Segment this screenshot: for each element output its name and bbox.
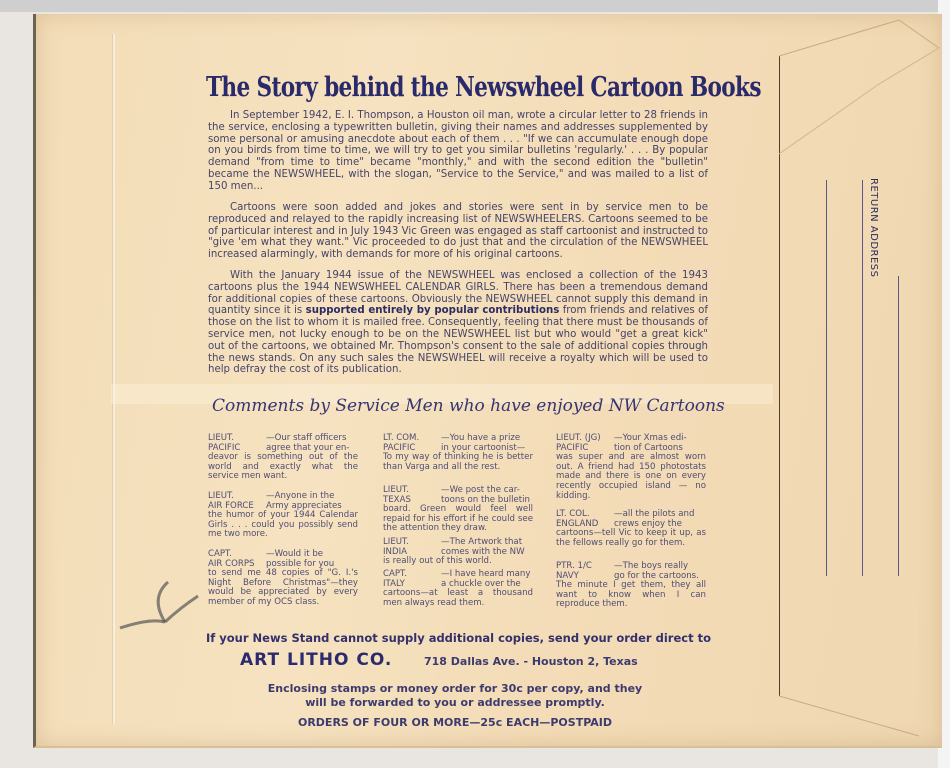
comment-body: deavor is something out of the world and…	[208, 453, 358, 482]
comment-body: the humor of your 1944 Calendar Girls . …	[208, 511, 358, 540]
comment-body: is really out of this world.	[383, 557, 533, 567]
bulk-order-offer: ORDERS OF FOUR OR MORE—25c EACH—POSTPAID	[230, 716, 680, 729]
address-line-1	[826, 180, 827, 576]
comment-body: cartoons—at least a thousand men always …	[383, 589, 533, 608]
comment-item: LT. COL.—all the pilots andENGLANDcrews …	[556, 510, 706, 548]
comment-item: LIEUT.—The Artwork thatINDIAcomes with t…	[383, 538, 533, 567]
comment-body: to send me 48 copies of "G. I.'s Night B…	[208, 569, 358, 607]
comment-item: CAPT.—Would it beAIR CORPSpossible for y…	[208, 550, 358, 608]
order-instruction: If your News Stand cannot supply additio…	[206, 631, 706, 645]
comment-item: CAPT.—I have heard manyITALYa chuckle ov…	[383, 570, 533, 608]
payment-line-2: will be forwarded to you or addressee pr…	[230, 696, 680, 710]
paragraph-2-text: Cartoons were soon added and jokes and s…	[208, 202, 708, 260]
scan-top-edge	[0, 0, 950, 12]
company-address: 718 Dallas Ave. - Houston 2, Texas	[424, 655, 638, 668]
paragraph-2: Cartoons were soon added and jokes and s…	[208, 202, 708, 261]
paragraph-1: In September 1942, E. I. Thompson, a Hou…	[208, 110, 708, 193]
comments-heading: Comments by Service Men who have enjoyed…	[212, 396, 712, 416]
pencil-checkmark	[110, 578, 200, 642]
paragraph-1-text: In September 1942, E. I. Thompson, a Hou…	[208, 110, 708, 192]
company-name: ART LITHO CO.	[240, 650, 392, 670]
comment-body: was super and are almost worn out. A fri…	[556, 453, 706, 501]
address-line-2	[862, 180, 863, 576]
comment-item: LIEUT.—Anyone in theAIR FORCEArmy apprec…	[208, 492, 358, 540]
comment-item: LIEUT.—Our staff officersPACIFICagree th…	[208, 434, 358, 482]
comment-item: LT. COM.—You have a prizePACIFICin your …	[383, 434, 533, 472]
paragraph-3: With the January 1944 issue of the NEWSW…	[208, 270, 708, 376]
payment-instructions: Enclosing stamps or money order for 30c …	[230, 682, 680, 710]
comment-body: To my way of thinking he is better than …	[383, 453, 533, 472]
comment-item: LIEUT. (jg)—Your Xmas edi-PACIFICtion of…	[556, 434, 706, 501]
paragraph-3-bold: supported entirely by popular contributi…	[306, 305, 560, 316]
payment-line-1: Enclosing stamps or money order for 30c …	[230, 682, 680, 696]
return-address-label: RETURN ADDRESS	[868, 178, 879, 278]
comment-item: LIEUT.—We post the car-TEXAStoons on the…	[383, 486, 533, 534]
address-line-3	[898, 276, 899, 576]
comment-body: cartoons—tell Vic to keep it up, as the …	[556, 529, 706, 548]
comment-body: The minute I get them, they all want to …	[556, 581, 706, 610]
comment-body: board. Green would feel well repaid for …	[383, 505, 533, 534]
comment-item: PTR. 1/c—The boys reallyNAVYgo for the c…	[556, 562, 706, 610]
page-title: The Story behind the Newswheel Cartoon B…	[206, 72, 610, 103]
